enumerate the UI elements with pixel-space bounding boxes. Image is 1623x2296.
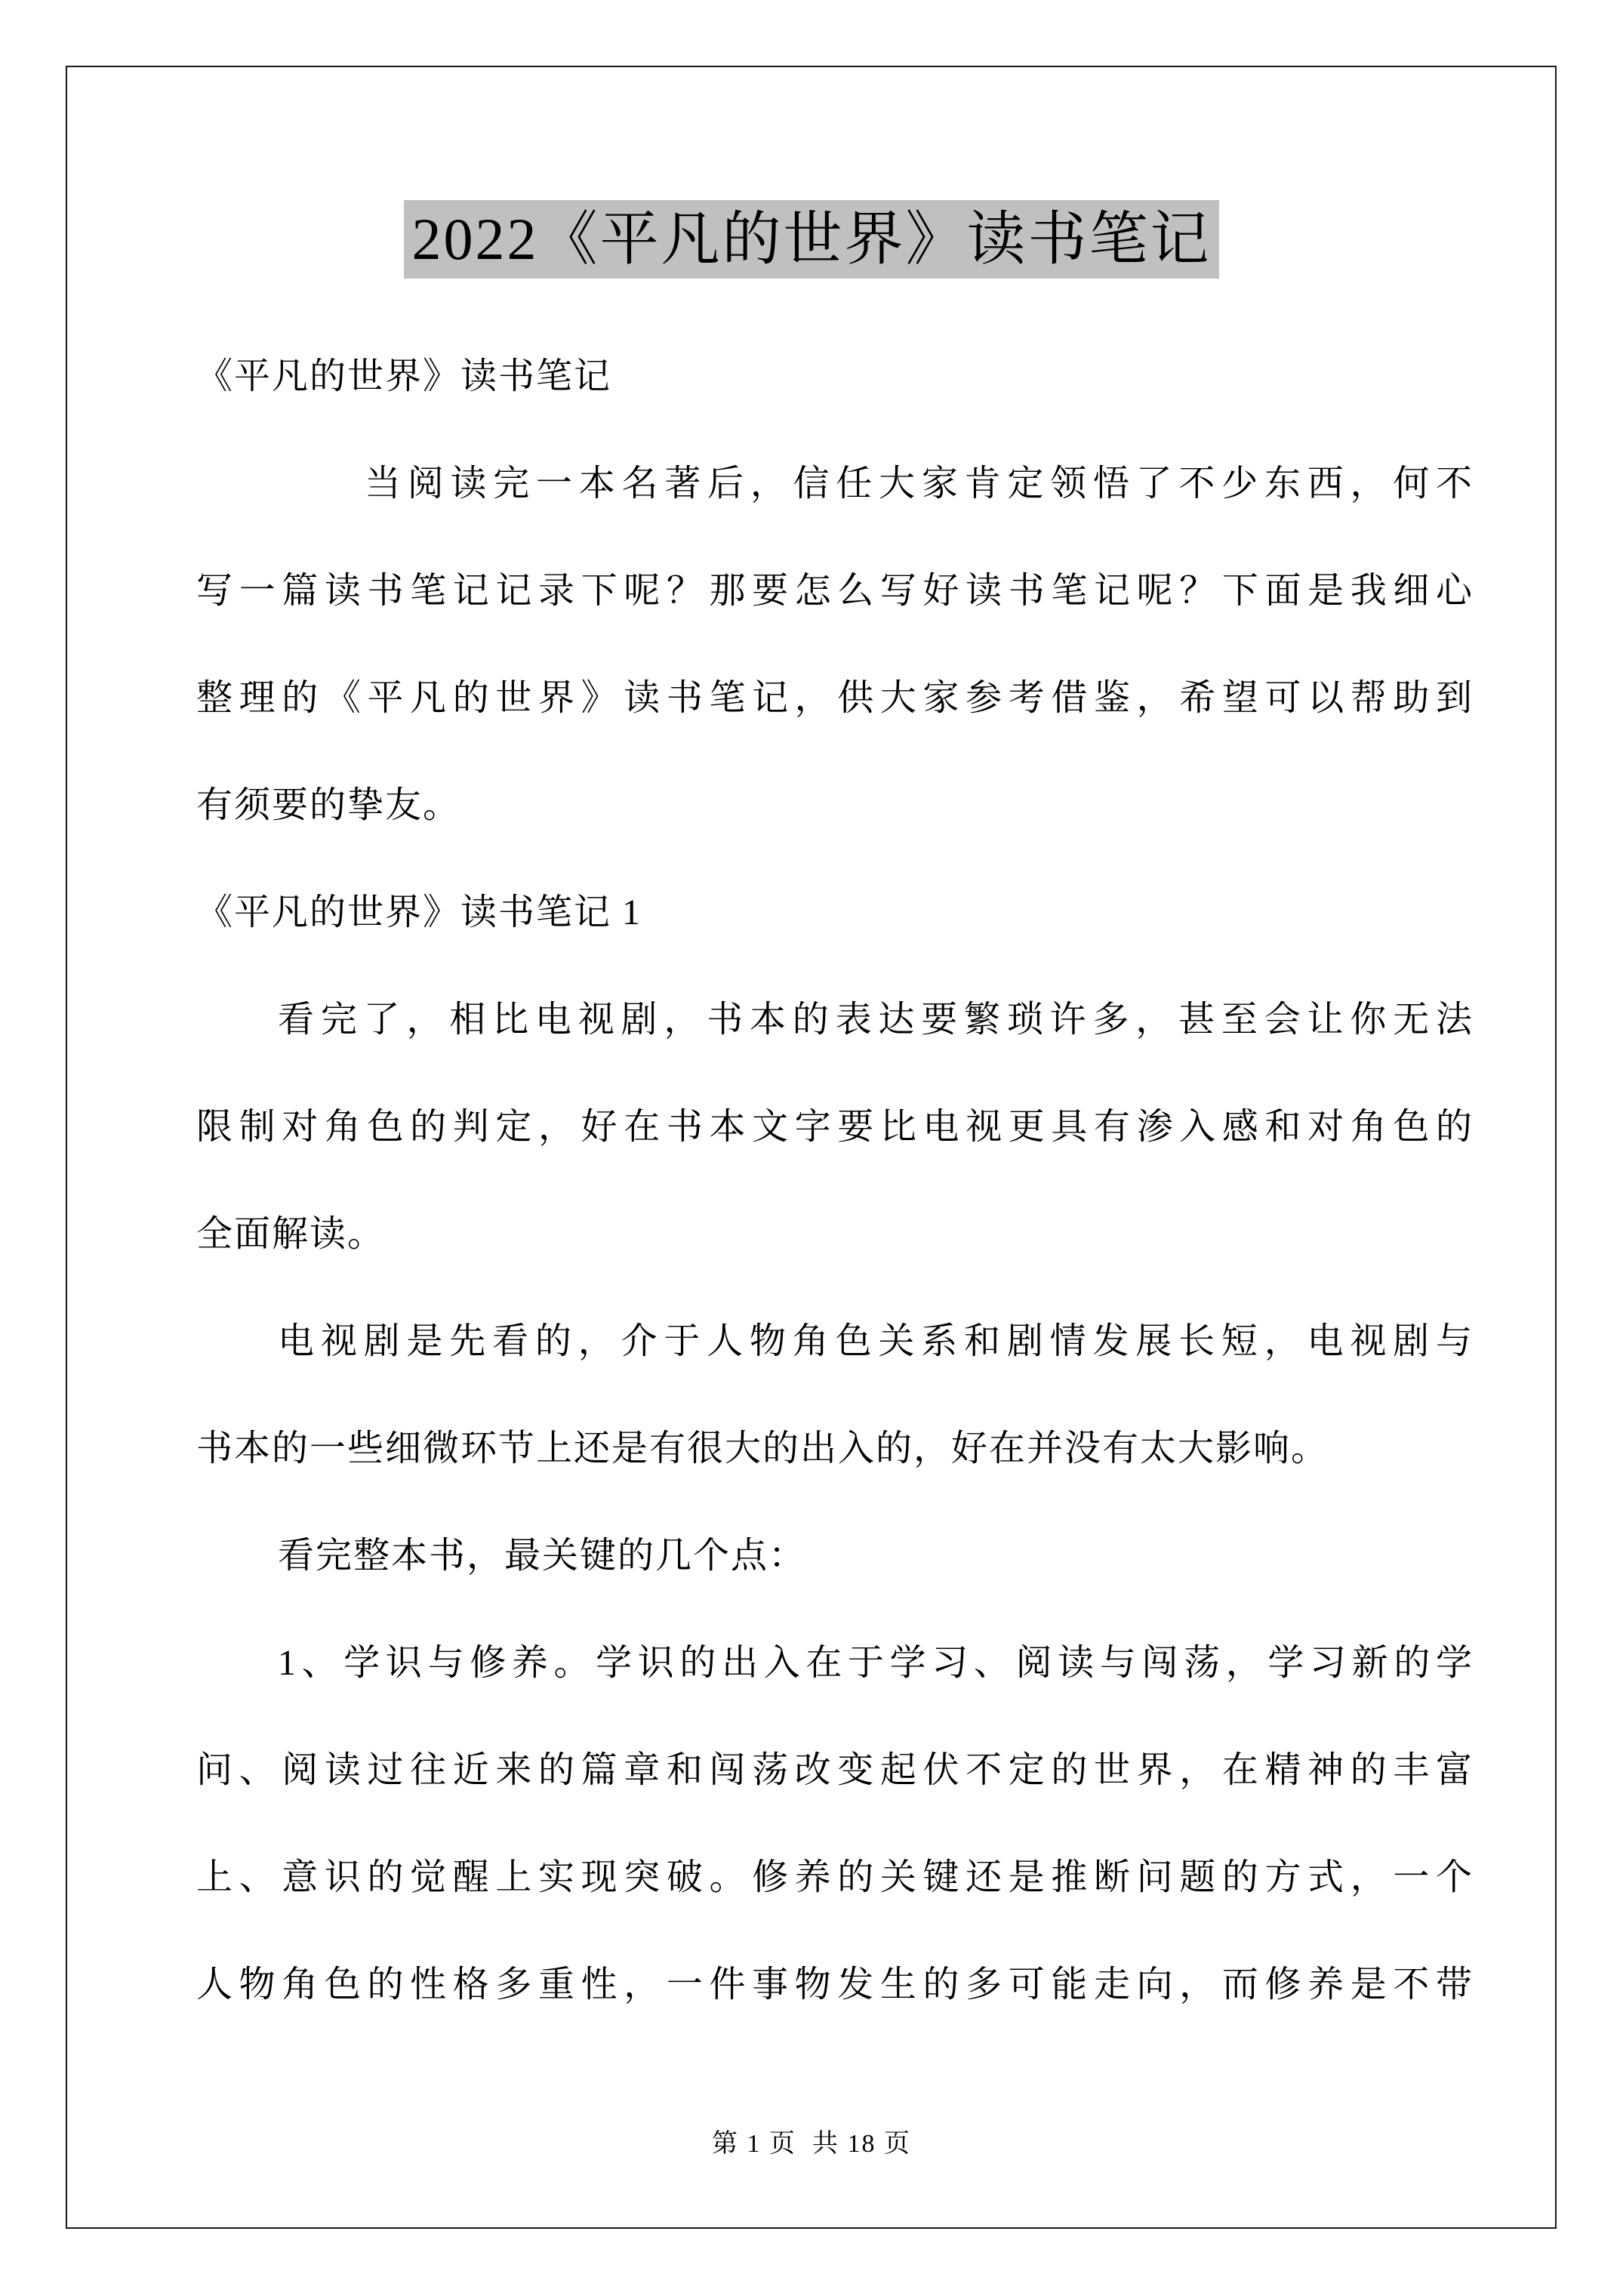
text-line: 限制对角色的判定，好在书本文字要比电视更具有渗入感和对角色的 (196, 1074, 1472, 1181)
text-line: 看完了，相比电视剧，书本的表达要繁琐许多，甚至会让你无法 (196, 966, 1472, 1074)
text-line: 写一篇读书笔记记录下呢？那要怎么写好读书笔记呢？下面是我细心 (196, 538, 1472, 645)
title-row: 2022《平凡的世界》读书笔记 (0, 200, 1623, 279)
text-line: 整理的《平凡的世界》读书笔记，供大家参考借鉴，希望可以帮助到 (196, 645, 1472, 752)
text-line: 当阅读完一本名著后，信任大家肯定领悟了不少东西，何不 (196, 430, 1472, 538)
text-line: 看完整本书，最关键的几个点： (196, 1502, 1472, 1610)
text-line: 有须要的挚友。 (196, 752, 1472, 859)
text-line: 人物角色的性格多重性，一件事物发生的多可能走向，而修养是不带 (196, 1931, 1472, 2039)
body-text: 《平凡的世界》读书笔记当阅读完一本名著后，信任大家肯定领悟了不少东西，何不写一篇… (196, 323, 1472, 2039)
text-line: 《平凡的世界》读书笔记 (196, 323, 1472, 430)
text-line: 《平凡的世界》读书笔记 1 (196, 859, 1472, 966)
text-line: 书本的一些细微环节上还是有很大的出入的，好在并没有太大影响。 (196, 1395, 1472, 1502)
text-line: 电视剧是先看的，介于人物角色关系和剧情发展长短，电视剧与 (196, 1288, 1472, 1395)
text-line: 上、意识的觉醒上实现突破。修养的关键还是推断问题的方式，一个 (196, 1824, 1472, 1931)
document-page: 2022《平凡的世界》读书笔记 《平凡的世界》读书笔记当阅读完一本名著后，信任大… (0, 0, 1623, 2296)
text-line: 全面解读。 (196, 1181, 1472, 1288)
text-line: 问、阅读过往近来的篇章和闯荡改变起伏不定的世界，在精神的丰富 (196, 1717, 1472, 1824)
text-line: 1、学识与修养。学识的出入在于学习、阅读与闯荡，学习新的学 (196, 1610, 1472, 1717)
page-title: 2022《平凡的世界》读书笔记 (404, 200, 1218, 279)
page-footer: 第 1 页 共 18 页 (0, 2128, 1623, 2161)
